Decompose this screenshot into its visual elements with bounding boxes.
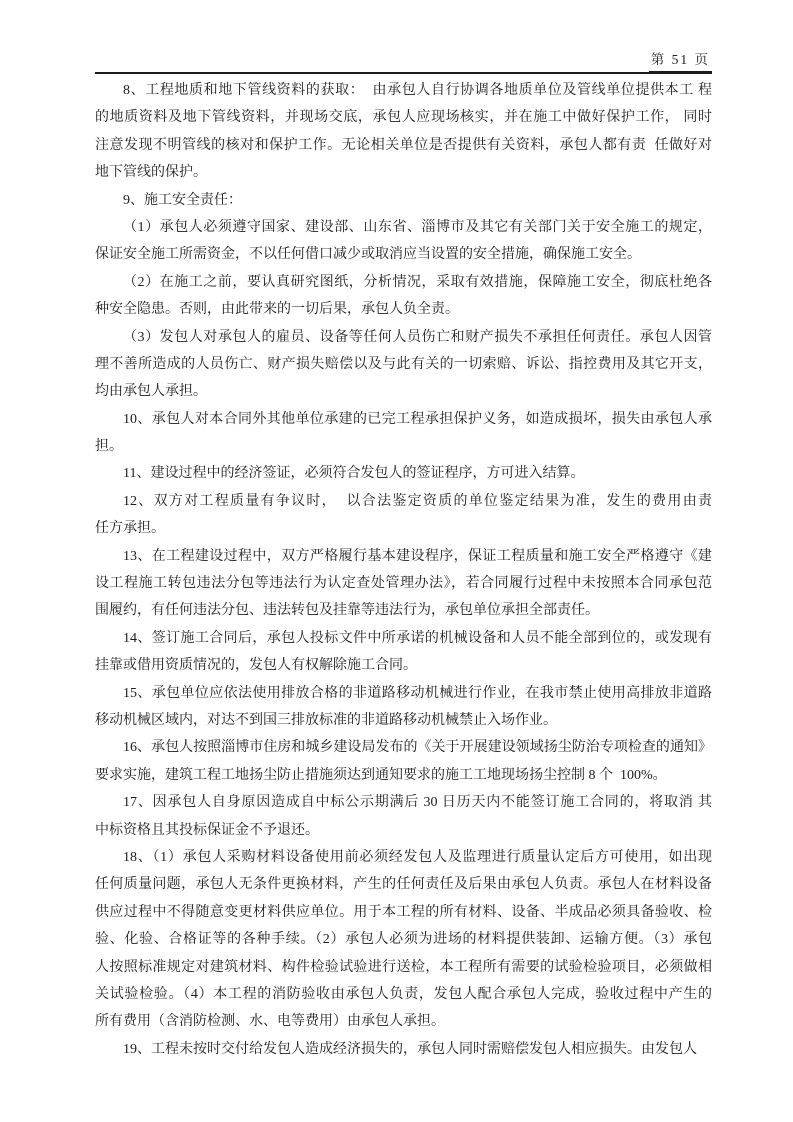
document-body: 8、工程地质和地下管线资料的获取： 由承包人自行协调各地质单位及管线单位提供本工… (95, 74, 712, 1063)
paragraph-item-14: 14、签订施工合同后，承包人投标文件中所承诺的机械设备和人员不能全部到位的，或发… (95, 625, 712, 680)
page-number: 第 51 页 (649, 50, 712, 72)
paragraph-item-18: 18、（1）承包人采购材料设备使用前必须经发包人及监理进行质量认定后方可使用，如… (95, 844, 712, 1036)
text-line: 围履约，有任何违法分包、违法转包及挂靠等违法行为，承包单位承担全部责任。 (95, 597, 712, 624)
text-line: 移动机械区域内，对达不到国三排放标准的非道路移动机械禁止入场作业。 (95, 707, 712, 734)
text-line: 13、在工程建设过程中，双方严格履行基本建设程序，保证工程质量和施工安全严格遵守… (95, 543, 712, 570)
page-header: 第 51 页 (95, 0, 712, 74)
paragraph-item-16: 16、承包人按照淄博市住房和城乡建设局发布的《关于开展建设领域扬尘防治专项检查的… (95, 734, 712, 789)
document-page: 第 51 页 8、工程地质和地下管线资料的获取： 由承包人自行协调各地质单位及管… (0, 0, 793, 1122)
text-line: 14、签订施工合同后，承包人投标文件中所承诺的机械设备和人员不能全部到位的，或发… (95, 625, 712, 652)
text-line: 11、建设过程中的经济签证，必须符合发包人的签证程序，方可进入结算。 (95, 460, 712, 487)
text-line: 所有费用（含消防检测、水、电等费用）由承包人承担。 (95, 1008, 712, 1035)
paragraph-item-17: 17、因承包人自身原因造成自中标公示期满后 30 日历天内不能签订施工合同的，将… (95, 789, 712, 844)
text-line: 注意发现不明管线的核对和保护工作。无论相关单位是否提供有关资料，承包人都有责 任… (95, 132, 712, 159)
paragraph-item-15: 15、承包单位应依法使用排放合格的非道路移动机械进行作业，在我市禁止使用高排放非… (95, 680, 712, 735)
text-line: 中标资格且其投标保证金不予退还。 (95, 817, 712, 844)
page-content: 第 51 页 8、工程地质和地下管线资料的获取： 由承包人自行协调各地质单位及管… (95, 0, 712, 1063)
text-line: 18、（1）承包人采购材料设备使用前必须经发包人及监理进行质量认定后方可使用，如… (95, 844, 712, 871)
text-line: 9、施工安全责任： (95, 187, 712, 214)
text-line: 12、双方对工程质量有争议时， 以合法鉴定资质的单位鉴定结果为准，发生的费用由责 (95, 488, 712, 515)
text-line: 的地质资料及地下管线资料，并现场交底，承包人应现场核实，并在施工中做好保护工作，… (95, 104, 712, 131)
text-line: 10、承包人对本合同外其他单位承建的已完工程承担保护义务，如造成损坏，损失由承包… (95, 406, 712, 433)
paragraph-item-8: 8、工程地质和地下管线资料的获取： 由承包人自行协调各地质单位及管线单位提供本工… (95, 77, 712, 187)
text-line: （1）承包人必须遵守国家、建设部、山东省、淄博市及其它有关部门关于安全施工的规定… (95, 214, 712, 241)
text-line: 17、因承包人自身原因造成自中标公示期满后 30 日历天内不能签订施工合同的，将… (95, 789, 712, 816)
paragraph-item-10: 10、承包人对本合同外其他单位承建的已完工程承担保护义务，如造成损坏，损失由承包… (95, 406, 712, 461)
text-line: 挂靠或借用资质情况的，发包人有权解除施工合同。 (95, 652, 712, 679)
text-line: 设工程施工转包违法分包等违法行为认定查处管理办法》，若合同履行过程中未按照本合同… (95, 570, 712, 597)
text-line: 供应过程中不得随意变更材料供应单位。用于本工程的所有材料、设备、半成品必须具备验… (95, 899, 712, 926)
text-line: 保证安全施工所需资金，不以任何借口减少或取消应当设置的安全措施，确保施工安全。 (95, 241, 712, 268)
text-line: 19、工程未按时交付给发包人造成经济损失的，承包人同时需赔偿发包人相应损失。由发… (95, 1036, 712, 1063)
text-line: 任何质量问题，承包人无条件更换材料，产生的任何责任及后果由承包人负责。承包人在材… (95, 871, 712, 898)
text-line: （3）发包人对承包人的雇员、设备等任何人员伤亡和财产损失不承担任何责任。承包人因… (95, 324, 712, 351)
text-line: 担。 (95, 433, 712, 460)
paragraph-item-9-2: （2）在施工之前，要认真研究图纸，分析情况，采取有效措施，保障施工安全，彻底杜绝… (95, 269, 712, 324)
text-line: 8、工程地质和地下管线资料的获取： 由承包人自行协调各地质单位及管线单位提供本工… (95, 77, 712, 104)
text-line: （2）在施工之前，要认真研究图纸，分析情况，采取有效措施，保障施工安全，彻底杜绝… (95, 269, 712, 296)
paragraph-item-9: 9、施工安全责任： (95, 187, 712, 214)
paragraph-item-13: 13、在工程建设过程中，双方严格履行基本建设程序，保证工程质量和施工安全严格遵守… (95, 543, 712, 625)
text-line: 验、化验、合格证等的各种手续。（2）承包人必须为进场的材料提供装卸、运输方便。（… (95, 926, 712, 953)
text-line: 理不善所造成的人员伤亡、财产损失赔偿以及与此有关的一切索赔、诉讼、指控费用及其它… (95, 351, 712, 378)
paragraph-item-12: 12、双方对工程质量有争议时， 以合法鉴定资质的单位鉴定结果为准，发生的费用由责… (95, 488, 712, 543)
text-line: 关试验检验。（4）本工程的消防验收由承包人负责，发包人配合承包人完成，验收过程中… (95, 981, 712, 1008)
paragraph-item-9-3: （3）发包人对承包人的雇员、设备等任何人员伤亡和财产损失不承担任何责任。承包人因… (95, 324, 712, 406)
text-line: 要求实施，建筑工程工地扬尘防止措施须达到通知要求的施工工地现场扬尘控制 8 个 … (95, 762, 712, 789)
text-line: 16、承包人按照淄博市住房和城乡建设局发布的《关于开展建设领域扬尘防治专项检查的… (95, 734, 712, 761)
text-line: 地下管线的保护。 (95, 159, 712, 186)
text-line: 任方承担。 (95, 515, 712, 542)
text-line: 人按照标准规定对建筑材料、构件检验试验进行送检，本工程所有需要的试验检验项目，必… (95, 954, 712, 981)
paragraph-item-19: 19、工程未按时交付给发包人造成经济损失的，承包人同时需赔偿发包人相应损失。由发… (95, 1036, 712, 1063)
text-line: 15、承包单位应依法使用排放合格的非道路移动机械进行作业，在我市禁止使用高排放非… (95, 680, 712, 707)
text-line: 种安全隐患。否则，由此带来的一切后果，承包人负全责。 (95, 296, 712, 323)
text-line: 均由承包人承担。 (95, 378, 712, 405)
paragraph-item-9-1: （1）承包人必须遵守国家、建设部、山东省、淄博市及其它有关部门关于安全施工的规定… (95, 214, 712, 269)
paragraph-item-11: 11、建设过程中的经济签证，必须符合发包人的签证程序，方可进入结算。 (95, 460, 712, 487)
